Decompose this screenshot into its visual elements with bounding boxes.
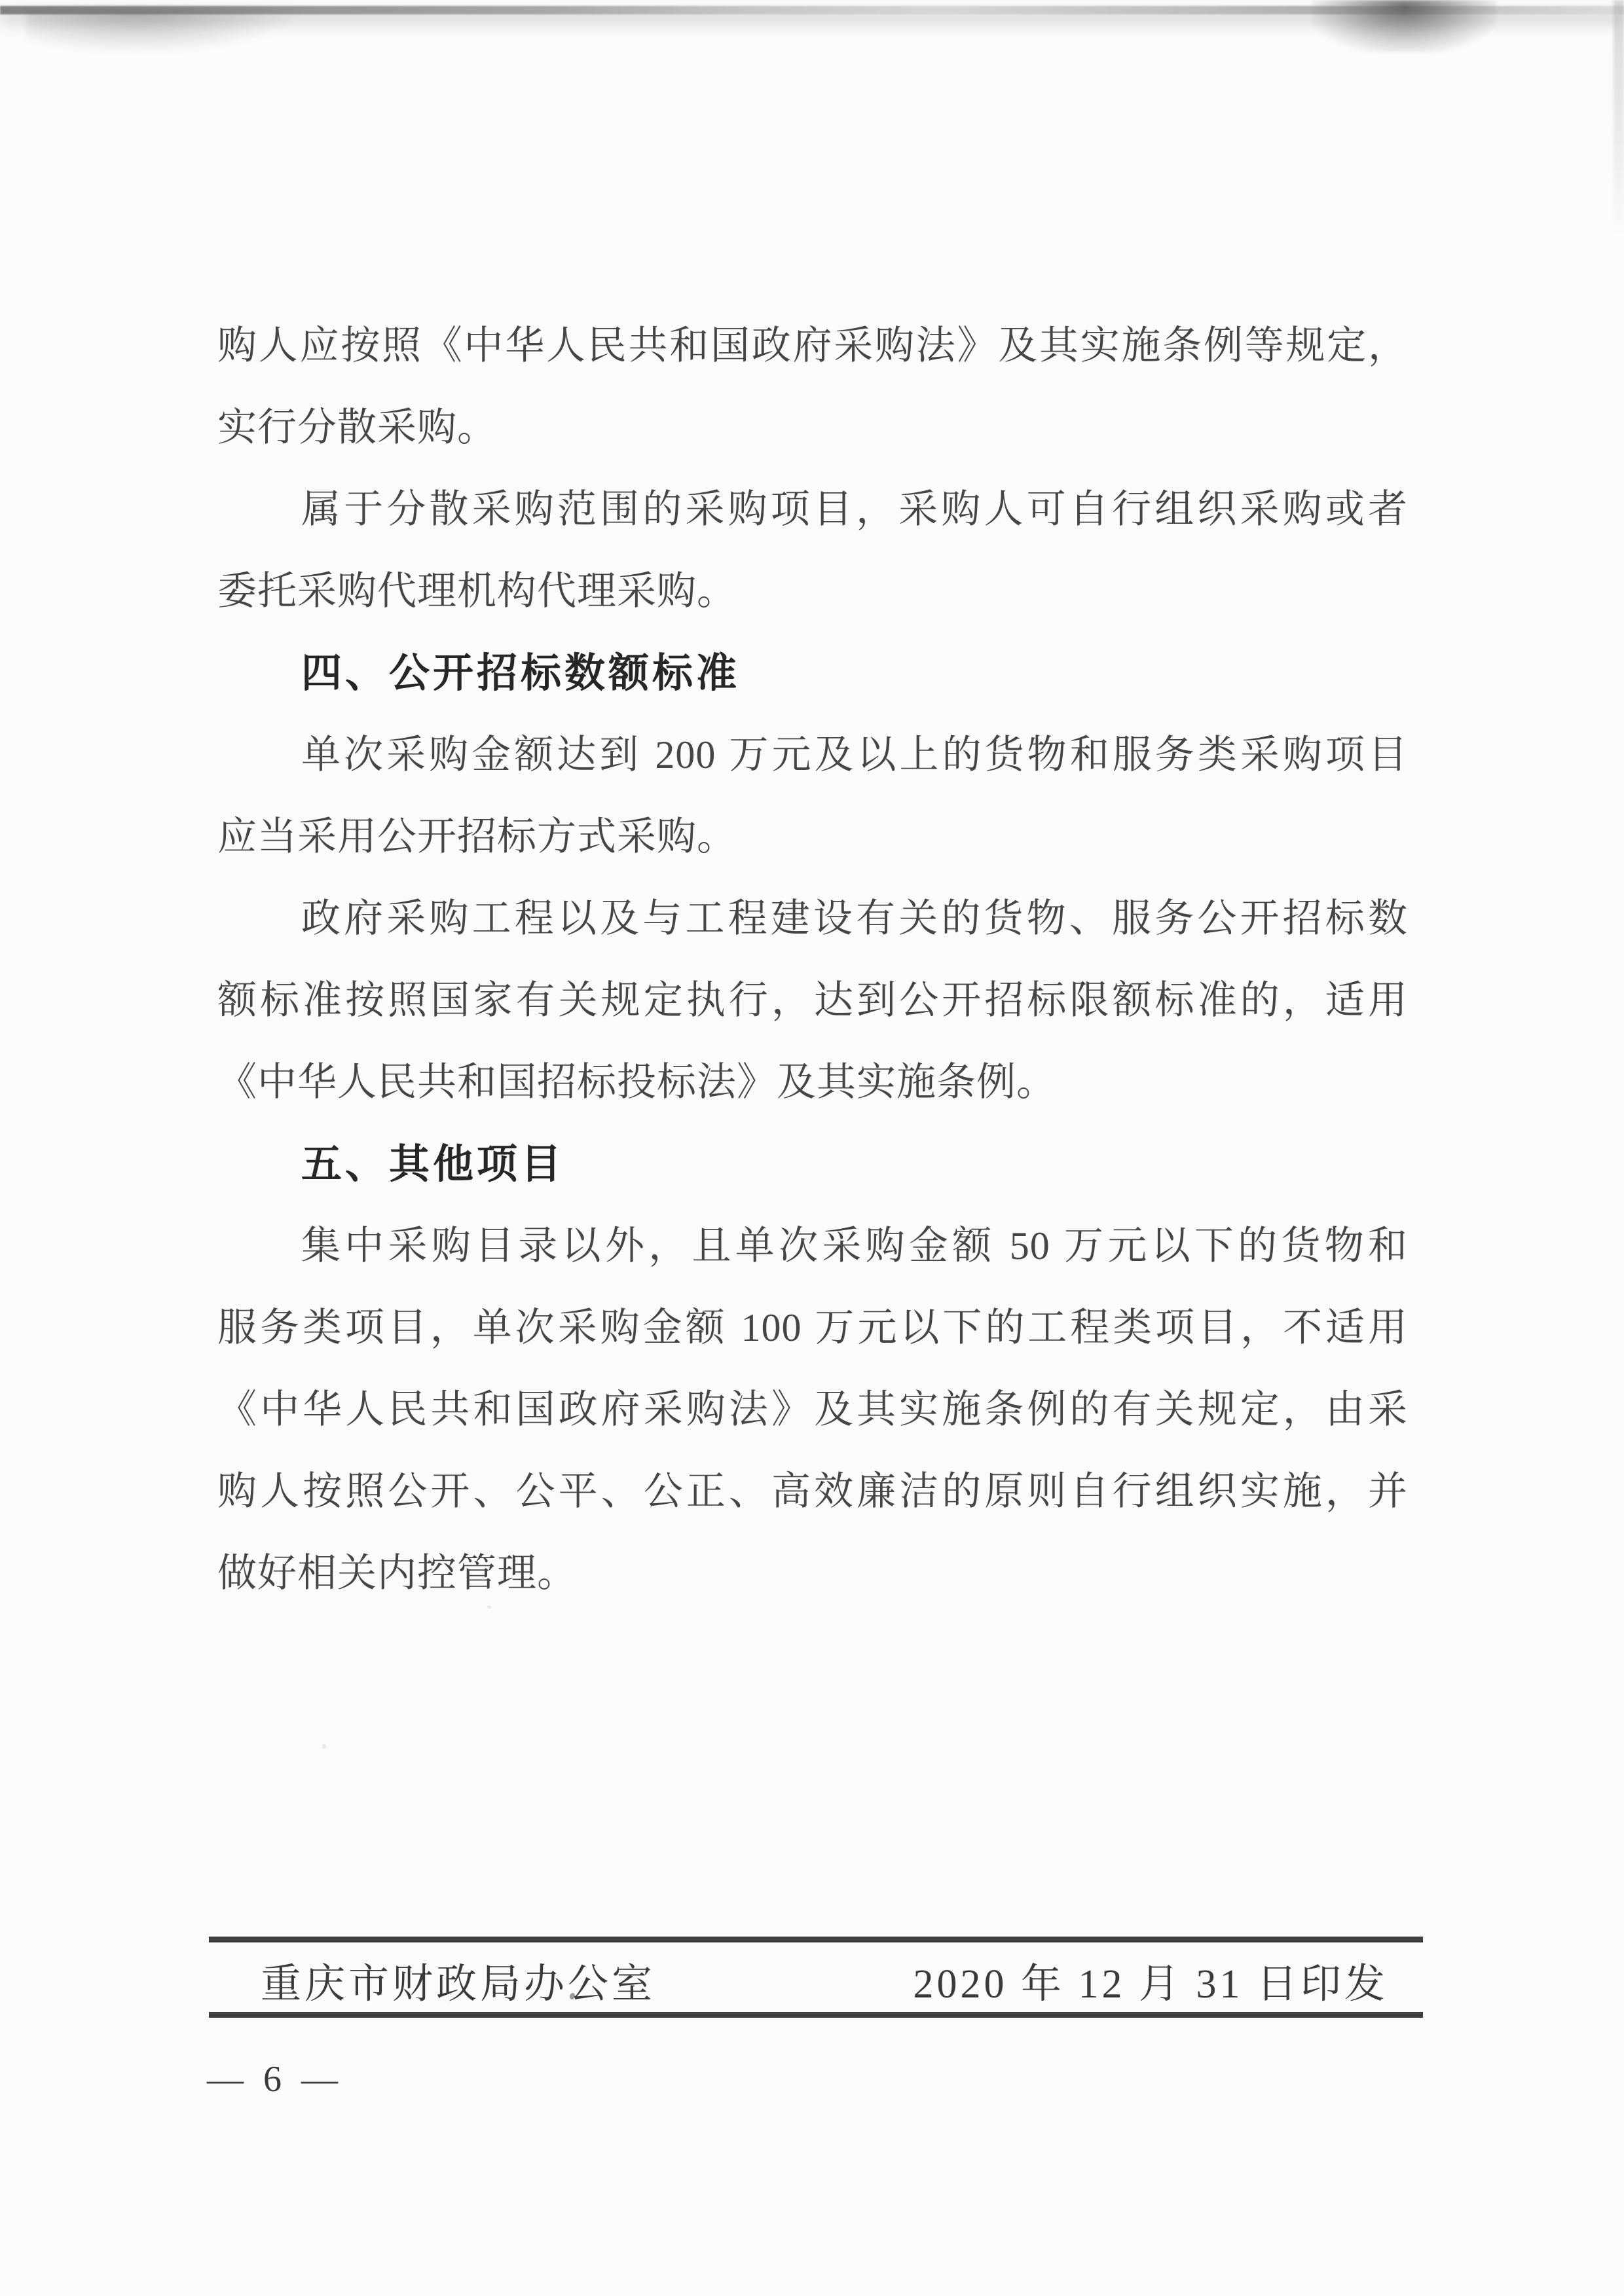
section-heading: 四、公开招标数额标准	[217, 632, 1408, 714]
document-page: 购人应按照《中华人民共和国政府采购法》及其实施条例等规定，实行分散采购。属于分散…	[0, 0, 1624, 2296]
footer-row: 重庆市财政局办公室 2020 年 12 月 31 日印发	[261, 1955, 1388, 2005]
footer-print-date: 2020 年 12 月 31 日印发	[913, 1951, 1388, 2009]
document-body: 购人应按照《中华人民共和国政府采购法》及其实施条例等规定，实行分散采购。属于分散…	[217, 305, 1408, 1614]
footer-rule-top	[209, 1937, 1423, 1942]
page-number: — 6 —	[207, 2058, 343, 2100]
text-line: 属于分散采购范围的采购项目，采购人可自行组织采购或者	[217, 469, 1408, 551]
text-line: 集中采购目录以外，且单次采购金额 50 万元以下的货物和	[217, 1205, 1408, 1287]
text-line: 实行分散采购。	[217, 387, 1408, 469]
text-line: 单次采购金额达到 200 万元及以上的货物和服务类采购项目	[217, 714, 1408, 796]
text-line: 做好相关内控管理。	[217, 1533, 1408, 1614]
text-line: 政府采购工程以及与工程建设有关的货物、服务公开招标数	[217, 878, 1408, 960]
section-heading: 五、其他项目	[217, 1123, 1408, 1205]
scan-artifact-top-left-smudge	[26, 8, 301, 54]
scan-artifact-right-edge	[1614, 0, 1624, 275]
scan-speck	[322, 1744, 326, 1749]
text-line: 《中华人民共和国政府采购法》及其实施条例的有关规定，由采	[217, 1369, 1408, 1451]
text-line: 服务类项目，单次采购金额 100 万元以下的工程类项目，不适用	[217, 1287, 1408, 1369]
scan-artifact-top-right-smudge	[1313, 0, 1496, 52]
footer-rule-bottom	[209, 2012, 1423, 2018]
text-line: 购人按照公开、公平、公正、高效廉洁的原则自行组织实施，并	[217, 1451, 1408, 1533]
text-line: 应当采用公开招标方式采购。	[217, 796, 1408, 878]
text-line: 额标准按照国家有关规定执行，达到公开招标限额标准的，适用	[217, 960, 1408, 1042]
text-line: 委托采购代理机构代理采购。	[217, 551, 1408, 632]
text-line: 《中华人民共和国招标投标法》及其实施条例。	[217, 1042, 1408, 1123]
footer-issuer: 重庆市财政局办公室	[261, 1951, 655, 2009]
text-line: 购人应按照《中华人民共和国政府采购法》及其实施条例等规定，	[217, 305, 1408, 387]
